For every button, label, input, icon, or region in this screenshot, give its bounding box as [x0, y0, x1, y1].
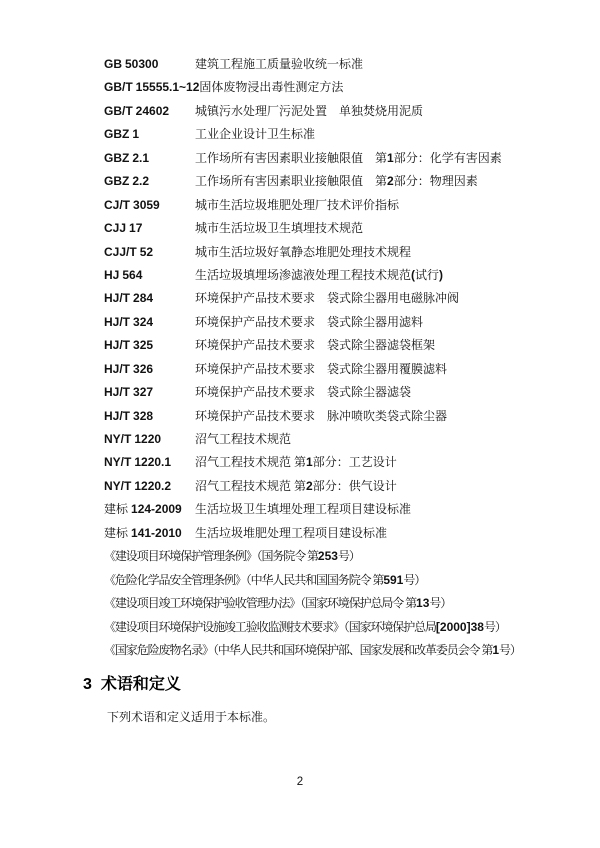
- standard-code: GB/T 15555.1~12: [104, 76, 199, 99]
- reference-row: HJ/T 327环境保护产品技术要求 袋式除尘器滤袋: [104, 381, 584, 404]
- standard-title: 沼气工程技术规范 第1部分：工艺设计: [195, 455, 397, 469]
- standard-title: 建筑工程施工质量验收统一标准: [195, 57, 363, 71]
- reference-row: NY/T 1220.1沼气工程技术规范 第1部分：工艺设计: [104, 451, 584, 474]
- reference-row: GBZ 2.1工作场所有害因素职业接触限值 第1部分：化学有害因素: [104, 147, 584, 170]
- standard-code: CJJ/T 52: [104, 241, 195, 264]
- reference-row: HJ/T 324环境保护产品技术要求 袋式除尘器用滤料: [104, 311, 584, 334]
- reference-row: HJ/T 326环境保护产品技术要求 袋式除尘器用覆膜滤料: [104, 358, 584, 381]
- standard-code: NY/T 1220.2: [104, 475, 195, 498]
- standard-code: GBZ 2.2: [104, 170, 195, 193]
- standard-title: 环境保护产品技术要求 袋式除尘器用滤料: [195, 315, 423, 329]
- reference-row: 《建设项目环境保护管理条例》（国务院令 第253号）: [104, 545, 584, 568]
- standard-code: NY/T 1220.1: [104, 451, 195, 474]
- standard-title: 环境保护产品技术要求 袋式除尘器滤袋: [195, 385, 411, 399]
- body-paragraph: 下列术语和定义适用于本标准。: [107, 707, 275, 727]
- standard-code: HJ/T 328: [104, 405, 195, 428]
- standard-title: 环境保护产品技术要求 袋式除尘器滤袋框架: [195, 338, 435, 352]
- standard-code: 建标 124-2009: [104, 498, 195, 521]
- reference-row: 《建设项目环境保护设施竣工验收监测技术要求》（国家环境保护总局[2000]38号…: [104, 616, 584, 639]
- standard-code: HJ/T 324: [104, 311, 195, 334]
- reference-row: HJ/T 325环境保护产品技术要求 袋式除尘器滤袋框架: [104, 334, 584, 357]
- reference-row: CJJ/T 52城市生活垃圾好氧静态堆肥处理技术规程: [104, 241, 584, 264]
- section-number: 3: [83, 676, 92, 693]
- standard-title: 城镇污水处理厂污泥处置 单独焚烧用泥质: [195, 104, 423, 118]
- section-title: 术语和定义: [101, 676, 181, 693]
- standard-title: 生活垃圾堆肥处理工程项目建设标准: [195, 526, 387, 540]
- reference-row: HJ/T 284环境保护产品技术要求 袋式除尘器用电磁脉冲阀: [104, 287, 584, 310]
- document-page: GB 50300建筑工程施工质量验收统一标准GB/T 15555.1~12固体废…: [0, 0, 600, 848]
- standard-code: CJJ 17: [104, 217, 195, 240]
- standard-title: 生活垃圾卫生填埋处理工程项目建设标准: [195, 502, 411, 516]
- standard-title: 环境保护产品技术要求 脉冲喷吹类袋式除尘器: [195, 409, 447, 423]
- standard-code: HJ/T 326: [104, 358, 195, 381]
- reference-row: 《国家危险废物名录》（中华人民共和国环境保护部、国家发展和改革委员会令 第1号）: [104, 639, 584, 662]
- reference-row: GBZ 1工业企业设计卫生标准: [104, 123, 584, 146]
- reference-row: NY/T 1220.2沼气工程技术规范 第2部分：供气设计: [104, 475, 584, 498]
- page-number: 2: [0, 775, 600, 789]
- standard-title: 沼气工程技术规范 第2部分：供气设计: [195, 479, 397, 493]
- standard-title: 《建设项目环境保护设施竣工验收监测技术要求》（国家环境保护总局[2000]38号…: [104, 620, 506, 634]
- reference-row: GB/T 15555.1~12固体废物浸出毒性测定方法: [104, 76, 584, 99]
- standard-title: 《危险化学品安全管理条例》（中华人民共和国国务院令 第591号）: [104, 573, 425, 587]
- standard-title: 城市生活垃圾好氧静态堆肥处理技术规程: [195, 245, 411, 259]
- standard-code: GBZ 1: [104, 123, 195, 146]
- standard-code: GB 50300: [104, 53, 195, 76]
- reference-row: HJ 564生活垃圾填埋场渗滤液处理工程技术规范(试行): [104, 264, 584, 287]
- standard-title: 工作场所有害因素职业接触限值 第2部分：物理因素: [195, 174, 478, 188]
- standard-title: 沼气工程技术规范: [195, 432, 291, 446]
- reference-row: 建标 141-2010生活垃圾堆肥处理工程项目建设标准: [104, 522, 584, 545]
- standard-code: HJ/T 284: [104, 287, 195, 310]
- standard-title: 工业企业设计卫生标准: [195, 127, 315, 141]
- section-heading: 3术语和定义: [83, 675, 181, 695]
- standard-code: HJ/T 327: [104, 381, 195, 404]
- standard-code: GBZ 2.1: [104, 147, 195, 170]
- standard-title: 生活垃圾填埋场渗滤液处理工程技术规范(试行): [195, 268, 443, 282]
- standard-code: CJ/T 3059: [104, 194, 195, 217]
- reference-row: CJ/T 3059城市生活垃圾堆肥处理厂技术评价指标: [104, 194, 584, 217]
- reference-row: GB/T 24602城镇污水处理厂污泥处置 单独焚烧用泥质: [104, 100, 584, 123]
- standard-title: 城市生活垃圾堆肥处理厂技术评价指标: [195, 198, 399, 212]
- reference-row: 建标 124-2009生活垃圾卫生填埋处理工程项目建设标准: [104, 498, 584, 521]
- reference-row: 《危险化学品安全管理条例》（中华人民共和国国务院令 第591号）: [104, 569, 584, 592]
- standard-title: 环境保护产品技术要求 袋式除尘器用电磁脉冲阀: [195, 291, 459, 305]
- standard-title: 固体废物浸出毒性测定方法: [199, 80, 343, 94]
- reference-row: NY/T 1220沼气工程技术规范: [104, 428, 584, 451]
- standard-title: 《国家危险废物名录》（中华人民共和国环境保护部、国家发展和改革委员会令 第1号）: [104, 643, 521, 657]
- standard-title: 《建设项目竣工环境保护验收管理办法》（国家环境保护总局令 第13号）: [104, 596, 451, 610]
- standard-title: 工作场所有害因素职业接触限值 第1部分：化学有害因素: [195, 151, 502, 165]
- reference-row: GBZ 2.2工作场所有害因素职业接触限值 第2部分：物理因素: [104, 170, 584, 193]
- standard-title: 《建设项目环境保护管理条例》（国务院令 第253号）: [104, 549, 360, 563]
- standard-code: HJ 564: [104, 264, 195, 287]
- standards-reference-list: GB 50300建筑工程施工质量验收统一标准GB/T 15555.1~12固体废…: [104, 53, 584, 662]
- standard-title: 环境保护产品技术要求 袋式除尘器用覆膜滤料: [195, 362, 447, 376]
- reference-row: 《建设项目竣工环境保护验收管理办法》（国家环境保护总局令 第13号）: [104, 592, 584, 615]
- standard-code: HJ/T 325: [104, 334, 195, 357]
- reference-row: GB 50300建筑工程施工质量验收统一标准: [104, 53, 584, 76]
- reference-row: HJ/T 328环境保护产品技术要求 脉冲喷吹类袋式除尘器: [104, 405, 584, 428]
- reference-row: CJJ 17城市生活垃圾卫生填埋技术规范: [104, 217, 584, 240]
- standard-code: 建标 141-2010: [104, 522, 195, 545]
- standard-title: 城市生活垃圾卫生填埋技术规范: [195, 221, 363, 235]
- standard-code: GB/T 24602: [104, 100, 195, 123]
- standard-code: NY/T 1220: [104, 428, 195, 451]
